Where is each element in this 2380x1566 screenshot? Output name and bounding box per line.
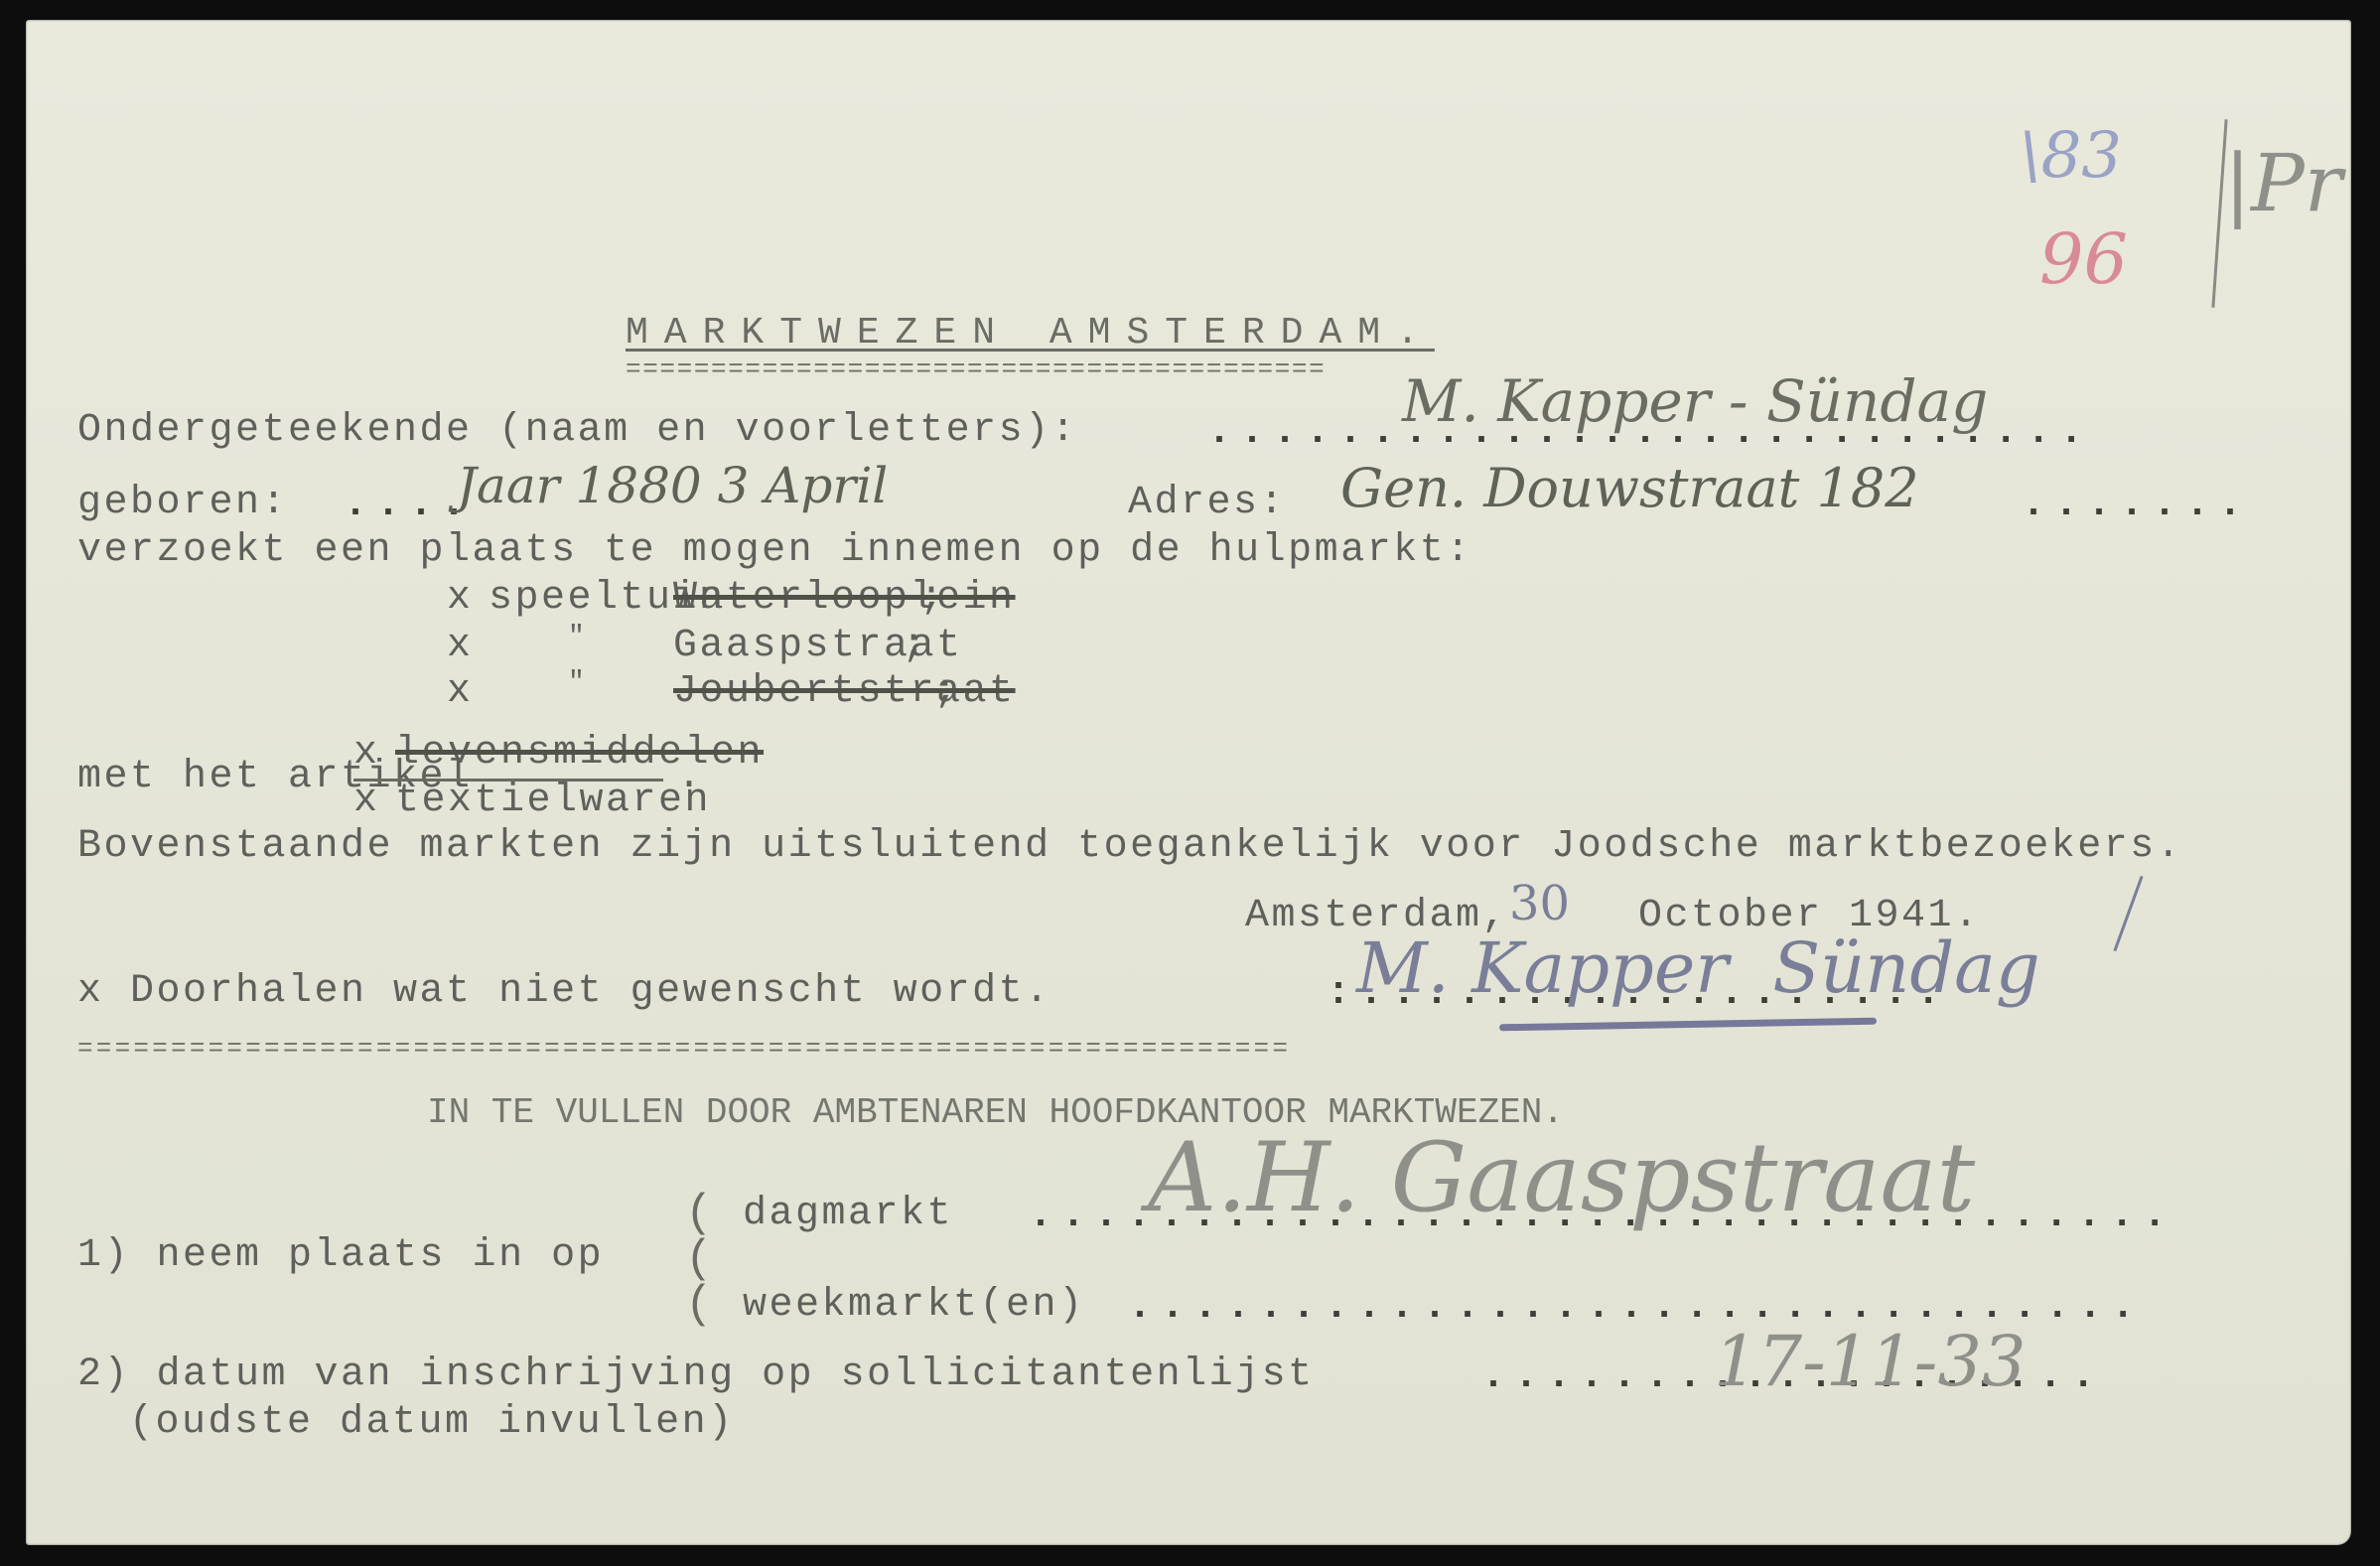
title-double-rule: ========================================… <box>626 363 1326 375</box>
birth-date-handwritten[interactable]: Jaar 1880 3 April <box>457 457 888 514</box>
weekmarkt-label: weekmarkt(en) <box>743 1283 1085 1328</box>
margin-note-blue: \83 <box>2020 119 2122 193</box>
address-dots: ....... <box>2022 483 2251 527</box>
document-card: \83 96 |Pr MARKTWEZEN AMSTERDAM. =======… <box>26 20 2351 1545</box>
market-mark-2: x <box>447 624 474 668</box>
signature-stroke <box>2113 876 2143 951</box>
market-ditto-3: " <box>568 667 587 698</box>
article-mark-1: x <box>353 731 380 776</box>
market-ditto-2: " <box>568 622 587 652</box>
item2-sublabel: (oudste datum invullen) <box>129 1400 735 1445</box>
day-handwritten[interactable]: 30 <box>1509 876 1570 931</box>
registration-date-handwritten[interactable]: 17-11-33 <box>1714 1321 2027 1402</box>
birth-dots: .... <box>344 483 475 527</box>
market-suffix-1: ; <box>919 576 946 621</box>
brace-top: ( <box>685 1188 715 1239</box>
dagmarkt-label: dagmarkt <box>743 1192 953 1236</box>
item2-label: 2) datum van inschrijving op sollicitant… <box>77 1352 1315 1397</box>
section-divider: ========================================… <box>77 1043 1291 1055</box>
market-suffix-3: ; <box>933 669 960 714</box>
request-line: verzoekt een plaats te mogen innemen op … <box>77 528 1472 573</box>
market-name-waterlooplein: Waterlooplein <box>673 576 1016 621</box>
article-mark-2: x <box>353 779 380 823</box>
margin-initials: |Pr <box>2224 137 2342 229</box>
address-handwritten[interactable]: Gen. Douwstraat 182 <box>1340 457 1919 519</box>
applicant-label: Ondergeteekende (naam en voorletters): <box>77 408 1077 453</box>
brace-middle: ( <box>685 1233 715 1285</box>
signature-handwritten[interactable]: M. Kapper Sündag <box>1356 927 2040 1009</box>
notice-text: Bovenstaande markten zijn uitsluitend to… <box>77 824 2182 869</box>
market-mark-3: x <box>447 669 474 714</box>
market-mark-1: x <box>447 576 474 621</box>
signature-underline <box>1499 1018 1877 1032</box>
dagmarkt-dots: ................................... <box>1029 1194 2175 1238</box>
item1-label: 1) neem plaats in op <box>77 1233 604 1278</box>
address-label: Adres: <box>1128 481 1286 525</box>
market-name-joubertstraat: Joubertstraat <box>673 669 1016 714</box>
article-end-mark: . <box>677 755 704 799</box>
applicant-name-handwritten[interactable]: M. Kapper - Sündag <box>1402 367 1988 435</box>
brace-bottom: ( <box>685 1279 715 1331</box>
birth-label: geboren: <box>77 481 288 525</box>
article-textielwaren: textielwaren <box>395 779 711 823</box>
article-levensmiddelen: levensmiddelen <box>395 731 764 776</box>
market-suffix-2: ; <box>902 624 928 668</box>
page-title: MARKTWEZEN AMSTERDAM. <box>626 312 1435 355</box>
strike-note: x Doorhalen wat niet gewenscht wordt. <box>77 969 1051 1014</box>
margin-note-red: 96 <box>2039 218 2128 300</box>
